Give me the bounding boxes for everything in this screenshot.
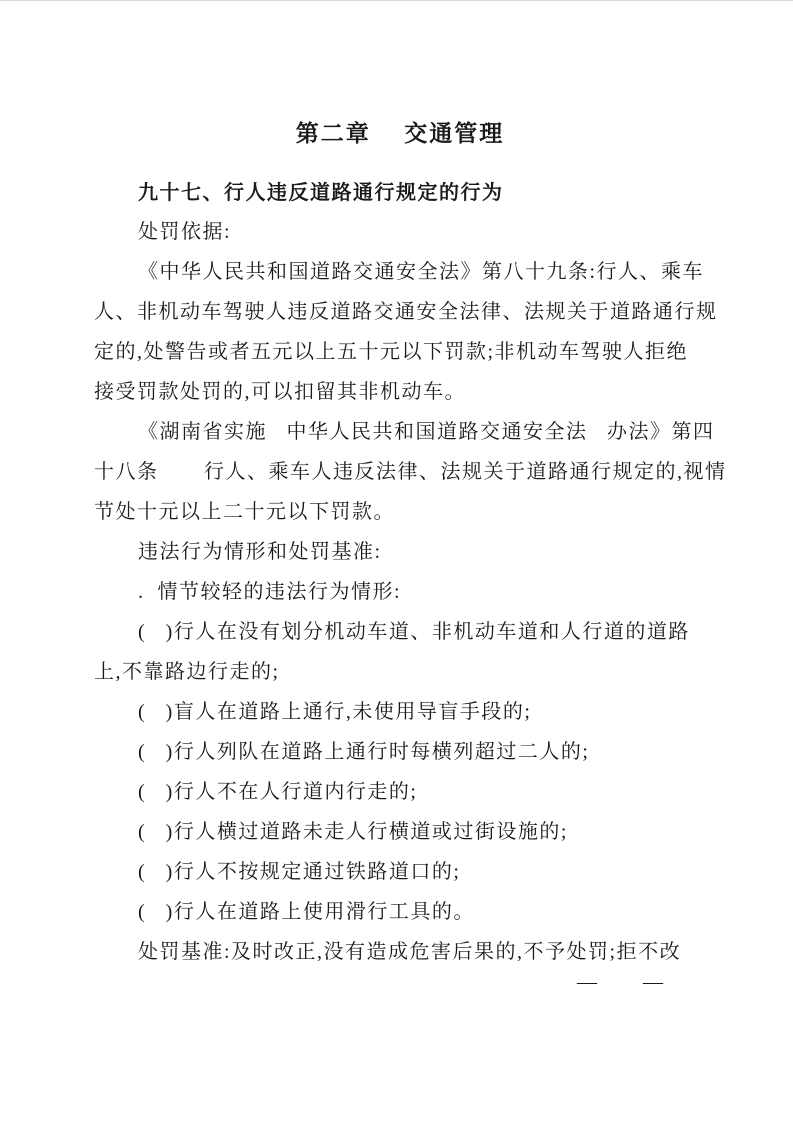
body-line: ( )行人在没有划分机动车道、非机动车道和人行道的道路 [94,612,706,652]
body-line: 《湖南省实施 中华人民共和国道路交通安全法 办法》第四 [94,412,706,452]
chapter-title: 第二章 交通管理 [94,116,706,150]
body-line: 定的,处警告或者五元以上五十元以下罚款;非机动车驾驶人拒绝 [94,332,706,372]
body-line: ( )行人不在人行道内行走的; [94,772,706,812]
body-line: 处罚依据: [94,212,706,252]
page-top-edge [0,0,793,1]
body-line: 处罚基准:及时改正,没有造成危害后果的,不予处罚;拒不改 [94,932,706,972]
body-line: 违法行为情形和处罚基准: [94,532,706,572]
page-number-dash-left: — [577,972,597,992]
body-line: ( )行人列队在道路上通行时每横列超过二人的; [94,732,706,772]
body-line: 十八条 行人、乘车人违反法律、法规关于道路通行规定的,视情 [94,452,706,492]
page-number-dash-right: — [643,972,663,992]
document-page: 第二章 交通管理 九十七、行人违反道路通行规定的行为 处罚依据:《中华人民共和国… [0,0,793,1122]
page-content: 第二章 交通管理 九十七、行人违反道路通行规定的行为 处罚依据:《中华人民共和国… [94,116,706,972]
body-line: ( )行人不按规定通过铁路道口的; [94,852,706,892]
section-heading: 九十七、行人违反道路通行规定的行为 [94,178,706,208]
body-line: ( )盲人在道路上通行,未使用导盲手段的; [94,692,706,732]
body-line: 人、非机动车驾驶人违反道路交通安全法律、法规关于道路通行规 [94,292,706,332]
body-line: . 情节较轻的违法行为情形: [94,572,706,612]
body-line: 上,不靠路边行走的; [94,652,706,692]
body-line: 节处十元以上二十元以下罚款。 [94,492,706,532]
body-line: 接受罚款处罚的,可以扣留其非机动车。 [94,372,706,412]
body-line: 《中华人民共和国道路交通安全法》第八十九条:行人、乘车 [94,252,706,292]
body-line: ( )行人横过道路未走人行横道或过街设施的; [94,812,706,852]
page-footer: — — [577,972,663,992]
body-text: 处罚依据:《中华人民共和国道路交通安全法》第八十九条:行人、乘车人、非机动车驾驶… [94,212,706,972]
body-line: ( )行人在道路上使用滑行工具的。 [94,892,706,932]
